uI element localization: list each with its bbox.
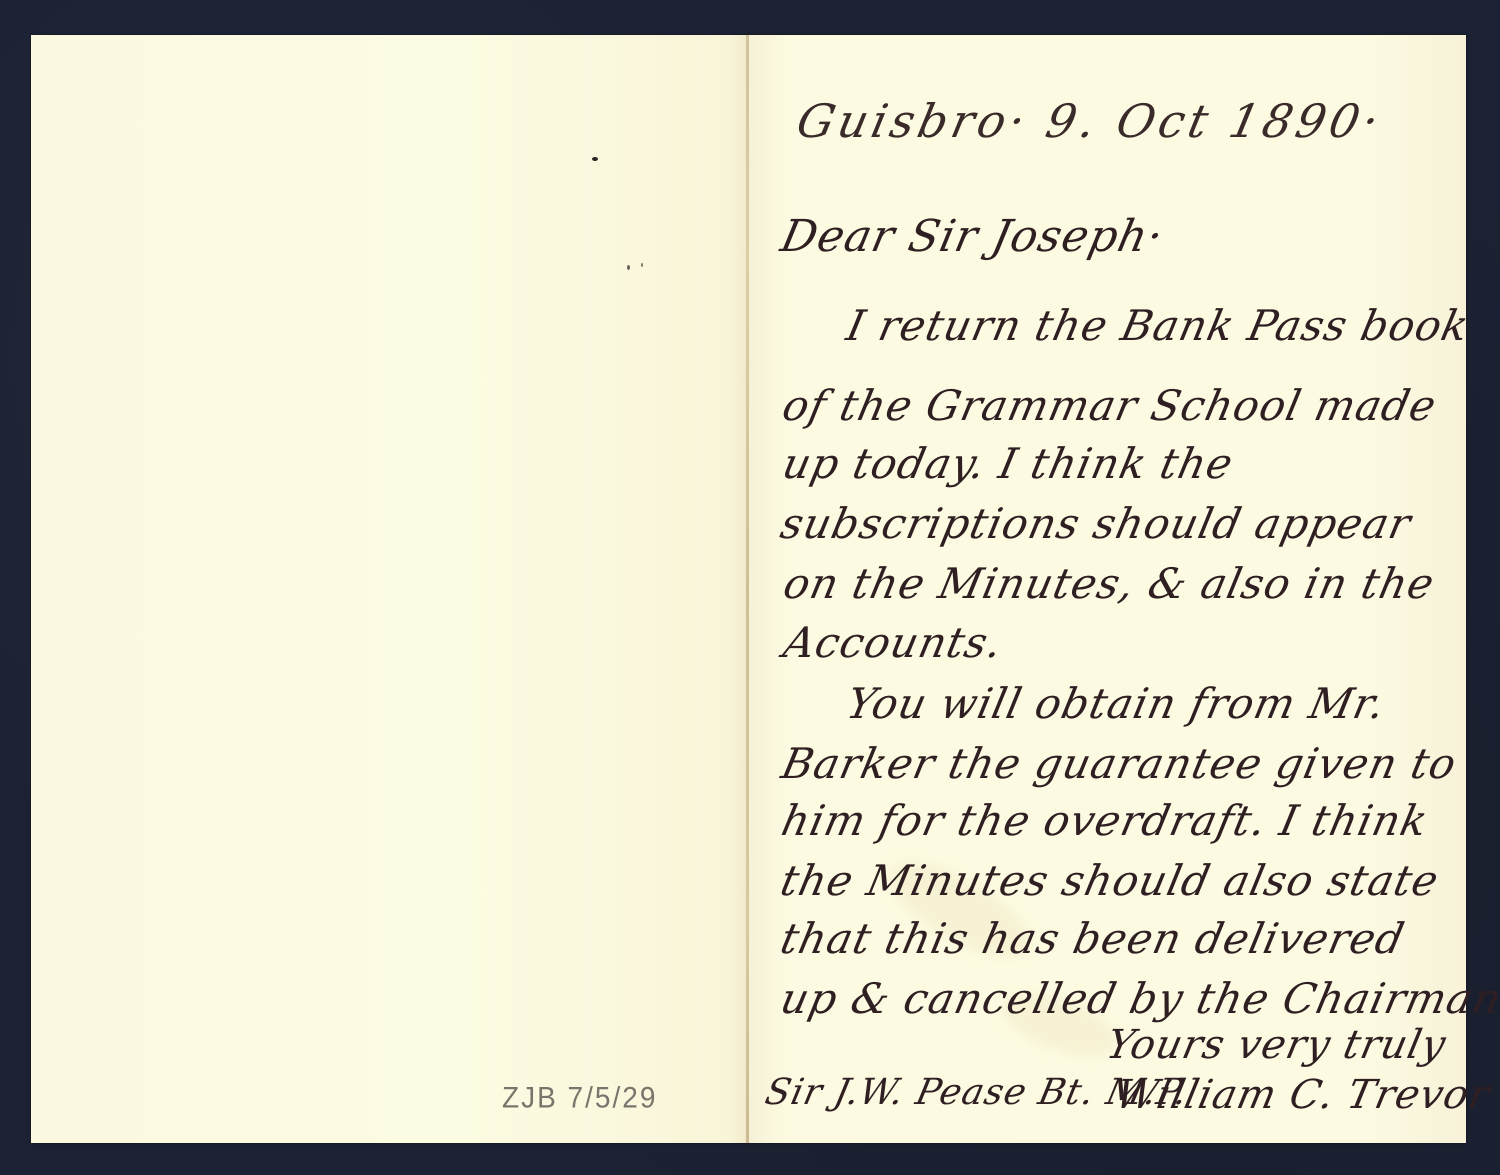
letter-signature: William C. Trevor xyxy=(1112,1075,1493,1115)
page-fold xyxy=(746,35,749,1143)
pin-hole-mark xyxy=(627,265,630,270)
fold-shadow xyxy=(731,35,746,1143)
letter-body-line: Barker the guarantee given to xyxy=(778,743,1460,785)
letter-body-line: You will obtain from Mr. xyxy=(843,683,1389,725)
letter-body-line: I return the Bank Pass book xyxy=(843,305,1473,347)
letter-body-line: him for the overdraft. I think xyxy=(778,800,1432,842)
left-page: ZJB 7/5/29 xyxy=(31,35,747,1143)
pin-hole-mark xyxy=(641,263,643,267)
pin-hole-mark xyxy=(592,157,598,161)
letter-body-line: the Minutes should also state xyxy=(777,860,1443,902)
letter-body-line: up today. I think the xyxy=(779,443,1237,485)
letter-place-date: Guisbro· 9. Oct 1890· xyxy=(793,98,1387,144)
letter-body-line: up & cancelled by the Chairman xyxy=(777,978,1500,1020)
letter-body-line: Accounts. xyxy=(780,622,1006,664)
letter-body-line: subscriptions should appear xyxy=(777,503,1415,545)
letter-salutation: Dear Sir Joseph· xyxy=(777,215,1167,259)
letter-body-line: on the Minutes, & also in the xyxy=(780,563,1438,605)
letter-closing: Yours very truly xyxy=(1103,1025,1450,1065)
archive-reference: ZJB 7/5/29 xyxy=(502,1081,657,1115)
letter-body-line: that this has been delivered xyxy=(777,918,1408,960)
letter-body-line: of the Grammar School made xyxy=(779,385,1440,427)
